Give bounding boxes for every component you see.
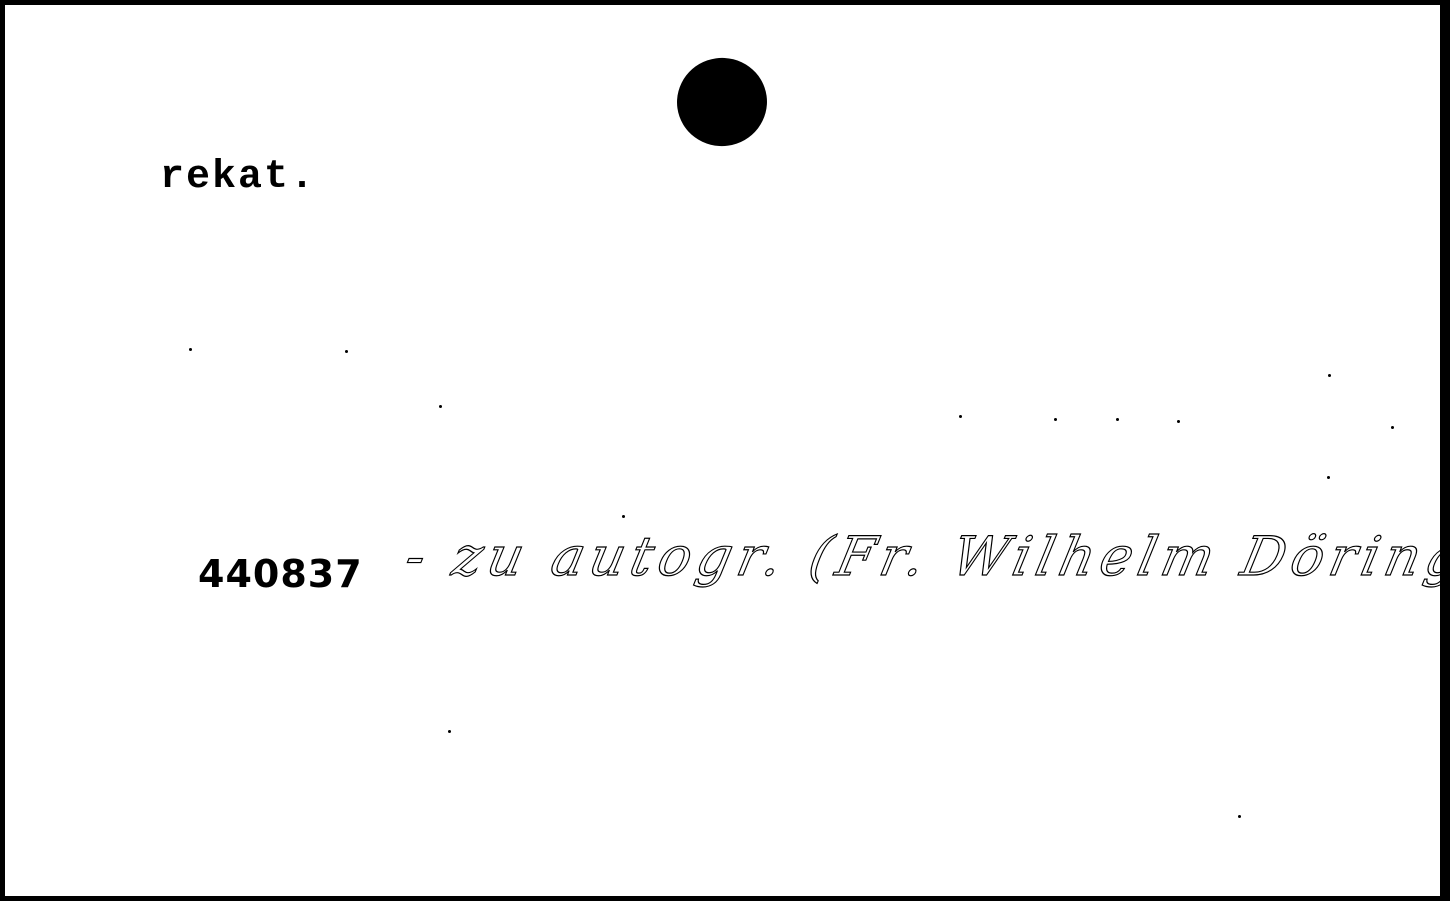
scan-speck <box>959 415 962 418</box>
scan-speck <box>345 350 348 353</box>
scan-speck <box>439 405 442 408</box>
scan-speck <box>1054 418 1057 421</box>
scan-speck <box>1116 418 1119 421</box>
scan-speck <box>1391 426 1394 429</box>
scan-speck <box>622 515 625 518</box>
scan-speck <box>1177 420 1180 423</box>
scan-speck <box>1238 815 1241 818</box>
handwritten-annotation: - zu autogr. (Fr. Wilhelm Döring) <box>400 525 1450 588</box>
scan-speck <box>1328 374 1331 377</box>
scan-speck <box>448 730 451 733</box>
scan-speck <box>1327 476 1330 479</box>
punch-hole <box>671 52 772 152</box>
entry-number: 440837 <box>198 552 363 596</box>
scan-speck <box>189 348 192 351</box>
catalog-card: rekat. 440837 - zu autogr. (Fr. Wilhelm … <box>5 5 1443 896</box>
card-heading: rekat. <box>160 155 316 200</box>
